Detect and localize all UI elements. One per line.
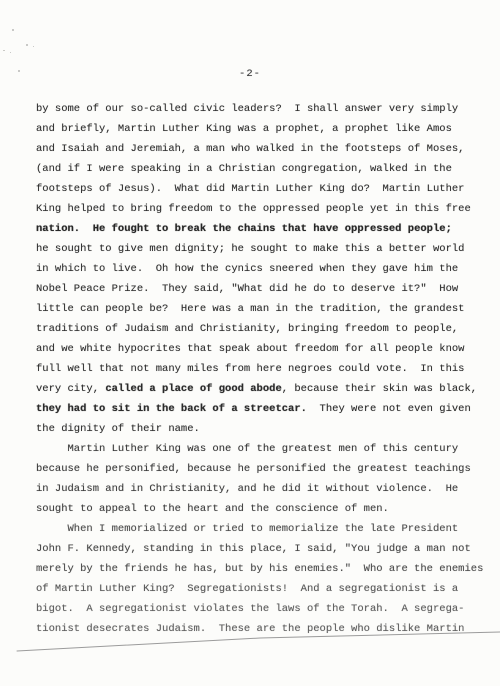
text-segment: Nobel Peace Prize. They said, "What did … [36,283,458,295]
text-segment: in which to live. Oh how the cynics snee… [36,263,458,275]
text-line: they had to sit in the back of a streetc… [36,399,492,419]
text-segment: Martin Luther King was one of the greate… [36,443,458,455]
text-segment: called a place of good abode [105,383,281,395]
text-segment: the dignity of their name. [36,423,200,435]
text-line: in Judaism and in Christianity, and he d… [36,479,492,499]
text-line: (and if I were speaking in a Christian c… [36,159,492,179]
scan-speck [3,50,5,51]
scan-speck [33,46,34,47]
text-line: bigot. A segregationist violates the law… [36,599,492,619]
text-segment: because he personified, because he perso… [36,463,471,475]
text-line: merely by the friends he has, but by his… [36,559,492,579]
text-segment: traditions of Judaism and Christianity, … [36,323,458,335]
text-segment: little can people be? Here was a man in … [36,303,464,315]
text-line: King helped to bring freedom to the oppr… [36,199,492,219]
text-line: and Isaiah and Jeremiah, a man who walke… [36,139,492,159]
text-line: When I memorialized or tried to memorial… [36,519,492,539]
text-segment: They were not even given [307,403,471,415]
document-body: by some of our so-called civic leaders? … [36,99,492,639]
text-line: and briefly, Martin Luther King was a pr… [36,119,492,139]
text-segment: bigot. A segregationist violates the law… [36,603,464,615]
text-segment: and briefly, Martin Luther King was a pr… [36,123,452,135]
text-segment: by some of our so-called civic leaders? … [36,103,458,115]
text-segment: King helped to bring freedom to the oppr… [36,203,471,215]
text-segment: sought to appeal to the heart and the co… [36,503,389,515]
text-segment: (and if I were speaking in a Christian c… [36,163,452,175]
text-segment: When I memorialized or tried to memorial… [36,523,458,535]
text-segment: of Martin Luther King? Segregationists! … [36,583,458,595]
page-number: -2- [0,68,500,80]
text-segment: and Isaiah and Jeremiah, a man who walke… [36,143,464,155]
text-line: very city, called a place of good abode,… [36,379,492,399]
scan-speck [12,29,14,31]
text-line: he sought to give men dignity; he sought… [36,239,492,259]
text-segment: tionist desecrates Judaism. These are th… [36,623,464,635]
text-segment: he sought to give men dignity; he sought… [36,243,464,255]
text-line: Martin Luther King was one of the greate… [36,439,492,459]
text-segment: He fought to break the chains that have … [93,223,452,235]
text-line: the dignity of their name. [36,419,492,439]
text-segment: footsteps of Jesus). What did Martin Lut… [36,183,464,195]
text-line: and we white hypocrites that speak about… [36,339,492,359]
text-segment: , because their skin was black, [282,383,477,395]
text-line: Nobel Peace Prize. They said, "What did … [36,279,492,299]
text-line: footsteps of Jesus). What did Martin Lut… [36,179,492,199]
text-segment: and we white hypocrites that speak about… [36,343,464,355]
text-line: traditions of Judaism and Christianity, … [36,319,492,339]
text-segment: they had to sit in the back of a streetc… [36,403,307,415]
text-line: John F. Kennedy, standing in this place,… [36,539,492,559]
text-segment: merely by the friends he has, but by his… [36,563,483,575]
text-line: full well that not many miles from here … [36,359,492,379]
scan-speck [10,52,11,53]
text-line: by some of our so-called civic leaders? … [36,99,492,119]
text-segment: very city, [36,383,105,395]
text-line: sought to appeal to the heart and the co… [36,499,492,519]
scan-speck [26,44,28,46]
scanned-document-page: -2- by some of our so-called civic leade… [0,0,500,686]
text-line: of Martin Luther King? Segregationists! … [36,579,492,599]
text-segment: nation. [36,223,93,235]
text-line: in which to live. Oh how the cynics snee… [36,259,492,279]
text-line: because he personified, because he perso… [36,459,492,479]
text-line: tionist desecrates Judaism. These are th… [36,619,492,639]
text-line: nation. He fought to break the chains th… [36,219,492,239]
text-line: little can people be? Here was a man in … [36,299,492,319]
text-segment: full well that not many miles from here … [36,363,464,375]
text-segment: John F. Kennedy, standing in this place,… [36,543,471,555]
text-segment: in Judaism and in Christianity, and he d… [36,483,458,495]
